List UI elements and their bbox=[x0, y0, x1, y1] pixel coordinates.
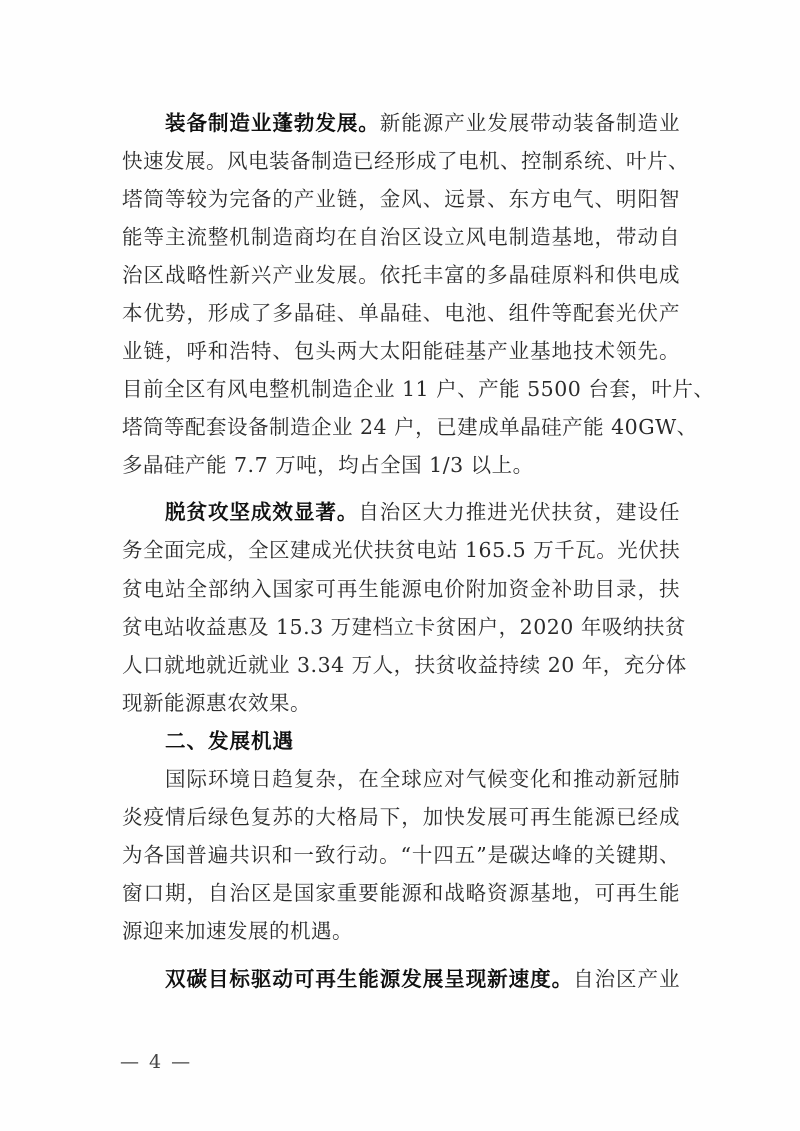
paragraph-text-line: 务全面完成，全区建成光伏扶贫电站 165.5 万千瓦。光伏扶 bbox=[122, 535, 680, 565]
paragraph-text-line: 现新能源惠农效果。 bbox=[122, 688, 680, 718]
paragraph-text-line: 本优势，形成了多晶硅、单晶硅、电池、组件等配套光伏产 bbox=[122, 298, 680, 328]
paragraph-poverty-line-1: 脱贫攻坚成效显著。自治区大力推进光伏扶贫，建设任 bbox=[165, 497, 680, 527]
paragraph-text-line: 治区战略性新兴产业发展。依托丰富的多晶硅原料和供电成 bbox=[122, 260, 680, 290]
bold-lead-dual-carbon: 双碳目标驱动可再生能源发展呈现新速度。 bbox=[165, 967, 573, 991]
paragraph-text-line: 贫电站收益惠及 15.3 万建档立卡贫困户，2020 年吸纳扶贫 bbox=[122, 612, 680, 642]
paragraph-text-line: 能等主流整机制造商均在自治区设立风电制造基地，带动自 bbox=[122, 222, 680, 252]
paragraph-text-line: 贫电站全部纳入国家可再生能源电价附加资金补助目录，扶 bbox=[122, 574, 680, 604]
page-number: — 4 — bbox=[120, 1048, 192, 1076]
bold-lead-equipment: 装备制造业蓬勃发展。 bbox=[165, 111, 380, 135]
paragraph-text-line: 塔筒等配套设备制造企业 24 户，已建成单晶硅产能 40GW、 bbox=[122, 412, 680, 442]
paragraph-text-line: 塔筒等较为完备的产业链，金风、远景、东方电气、明阳智 bbox=[122, 184, 680, 214]
paragraph-dual-carbon-line-1: 双碳目标驱动可再生能源发展呈现新速度。自治区产业 bbox=[165, 964, 680, 994]
paragraph-text-line: 目前全区有风电整机制造企业 11 户、产能 5500 台套，叶片、 bbox=[122, 374, 680, 404]
paragraph-text-line: 为各国普遍共识和一致行动。“十四五”是碳达峰的关键期、 bbox=[122, 840, 680, 870]
paragraph-text-line: 人口就地就近就业 3.34 万人，扶贫收益持续 20 年，充分体 bbox=[122, 650, 680, 680]
paragraph-text-line: 多晶硅产能 7.7 万吨，均占全国 1/3 以上。 bbox=[122, 450, 680, 480]
document-page: 装备制造业蓬勃发展。新能源产业发展带动装备制造业 快速发展。风电装备制造已经形成… bbox=[0, 0, 800, 1131]
paragraph-text-line: 快速发展。风电装备制造已经形成了电机、控制系统、叶片、 bbox=[122, 146, 680, 176]
paragraph-text-line: 窗口期，自治区是国家重要能源和战略资源基地，可再生能 bbox=[122, 878, 680, 908]
paragraph-text-line: 源迎来加速发展的机遇。 bbox=[122, 916, 680, 946]
paragraph-opportunity-line-1: 国际环境日趋复杂，在全球应对气候变化和推动新冠肺 bbox=[165, 764, 680, 794]
paragraph-text-line: 炎疫情后绿色复苏的大格局下，加快发展可再生能源已经成 bbox=[122, 802, 680, 832]
paragraph-equipment-line-1: 装备制造业蓬勃发展。新能源产业发展带动装备制造业 bbox=[165, 108, 680, 138]
bold-lead-poverty: 脱贫攻坚成效显著。 bbox=[165, 500, 358, 524]
section-heading: 二、发展机遇 bbox=[165, 726, 294, 756]
paragraph-text-line: 业链，呼和浩特、包头两大太阳能硅基产业基地技术领先。 bbox=[122, 336, 680, 366]
